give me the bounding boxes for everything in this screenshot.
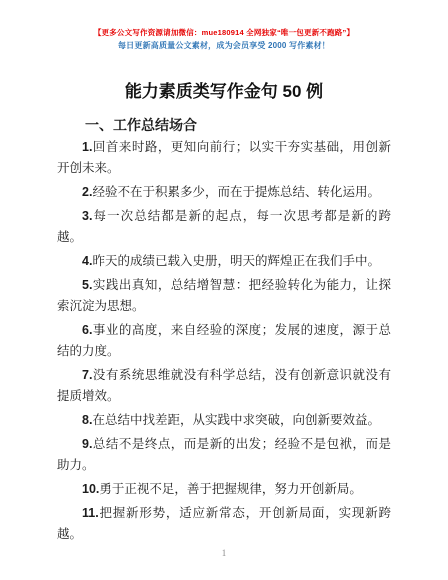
item-number: 8. bbox=[82, 413, 92, 427]
list-item: 4.昨天的成绩已载入史册，明天的辉煌正在我们手中。 bbox=[57, 251, 391, 272]
list-item: 1.回首来时路，更知向前行；以实干夯实基础，用创新开创未来。 bbox=[57, 137, 391, 179]
item-number: 5. bbox=[82, 278, 92, 292]
item-number: 6. bbox=[82, 323, 92, 337]
item-text: 总结不是终点，而是新的出发；经验不是包袱，而是助力。 bbox=[57, 437, 391, 472]
list-item: 8.在总结中找差距，从实践中求突破，向创新要效益。 bbox=[57, 410, 391, 431]
item-text: 实践出真知，总结增智慧：把经验转化为能力，让探索沉淀为思想。 bbox=[57, 278, 391, 313]
item-number: 4. bbox=[82, 254, 92, 268]
page-number: 1 bbox=[0, 548, 448, 558]
list-item: 2.经验不在于积累多少，而在于提炼总结、转化运用。 bbox=[57, 182, 391, 203]
list-item: 9.总结不是终点，而是新的出发；经验不是包袱，而是助力。 bbox=[57, 434, 391, 476]
item-number: 10. bbox=[82, 482, 99, 496]
promo-line-blue: 每日更新高质量公文素材，成为会员享受 2000 写作素材！ bbox=[0, 39, 448, 52]
item-text: 昨天的成绩已载入史册，明天的辉煌正在我们手中。 bbox=[92, 254, 380, 268]
item-text: 回首来时路，更知向前行；以实干夯实基础，用创新开创未来。 bbox=[57, 140, 391, 175]
list-item: 6.事业的高度，来自经验的深度；发展的速度，源于总结的力度。 bbox=[57, 320, 391, 362]
list-item: 3.每一次总结都是新的起点，每一次思考都是新的跨越。 bbox=[57, 206, 391, 248]
item-text: 经验不在于积累多少，而在于提炼总结、转化运用。 bbox=[92, 185, 380, 199]
list-item: 7.没有系统思维就没有科学总结，没有创新意识就没有提质增效。 bbox=[57, 365, 391, 407]
section-heading: 一、工作总结场合 bbox=[57, 116, 391, 137]
item-text: 没有系统思维就没有科学总结，没有创新意识就没有提质增效。 bbox=[57, 368, 391, 403]
document-page: 【更多公文写作资源请加微信：mue180914 全网独家“唯一包更新不跑路”】 … bbox=[0, 0, 448, 580]
item-text: 事业的高度，来自经验的深度；发展的速度，源于总结的力度。 bbox=[57, 323, 391, 358]
page-title: 能力素质类写作金句 50 例 bbox=[0, 80, 448, 104]
item-number: 9. bbox=[82, 437, 92, 451]
item-text: 在总结中找差距，从实践中求突破，向创新要效益。 bbox=[92, 413, 380, 427]
list-item: 11.把握新形势，适应新常态，开创新局面，实现新跨越。 bbox=[57, 503, 391, 545]
item-text: 每一次总结都是新的起点，每一次思考都是新的跨越。 bbox=[57, 209, 391, 244]
item-number: 3. bbox=[82, 209, 92, 223]
item-number: 2. bbox=[82, 185, 92, 199]
item-number: 1. bbox=[82, 140, 92, 154]
promo-header: 【更多公文写作资源请加微信：mue180914 全网独家“唯一包更新不跑路”】 … bbox=[0, 0, 448, 52]
list-item: 5.实践出真知，总结增智慧：把经验转化为能力，让探索沉淀为思想。 bbox=[57, 275, 391, 317]
item-text: 把握新形势，适应新常态，开创新局面，实现新跨越。 bbox=[57, 506, 391, 541]
promo-line-red: 【更多公文写作资源请加微信：mue180914 全网独家“唯一包更新不跑路”】 bbox=[0, 26, 448, 39]
item-text: 勇于正视不足，善于把握规律，努力开创新局。 bbox=[99, 482, 362, 496]
item-number: 11. bbox=[82, 506, 99, 520]
document-body: 一、工作总结场合 1.回首来时路，更知向前行；以实干夯实基础，用创新开创未来。 … bbox=[57, 116, 391, 545]
list-item: 10.勇于正视不足，善于把握规律，努力开创新局。 bbox=[57, 479, 391, 500]
item-number: 7. bbox=[82, 368, 92, 382]
